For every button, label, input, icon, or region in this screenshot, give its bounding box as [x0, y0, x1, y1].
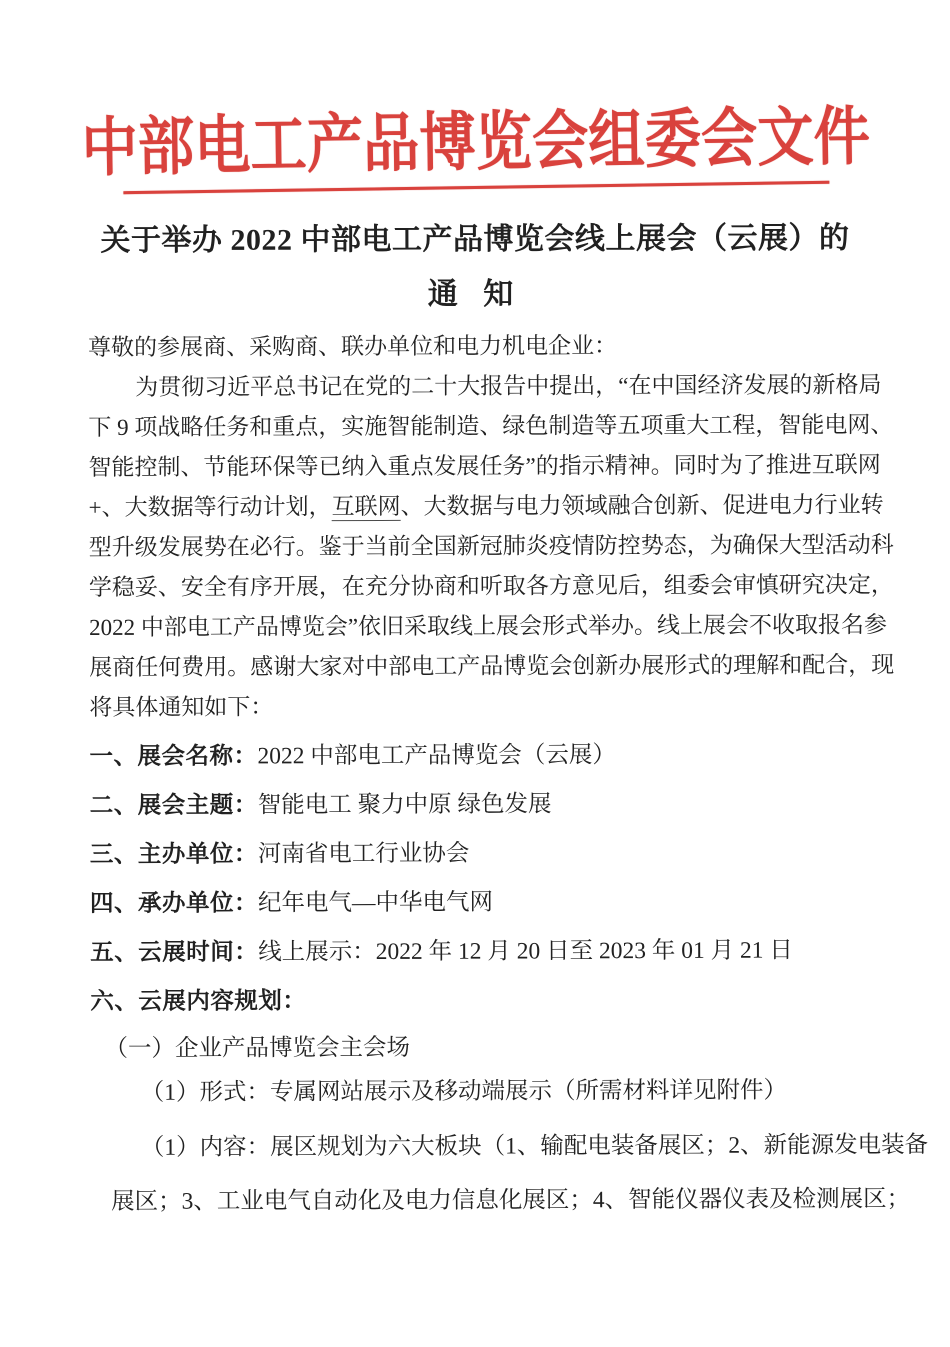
item-label: 四、承办单位：: [90, 890, 258, 917]
paragraph-line: 为贯彻习近平总书记在党的二十大报告中提出，“在中国经济发展的新格局: [88, 365, 880, 408]
item-label: 五、云展时间：: [90, 939, 258, 966]
detail-line-main-venue: （一）企业产品博览会主会场: [90, 1026, 882, 1069]
paragraph-line: 展商任何费用。感谢大家对中部电工产品博览会创新办展形式的理解和配合，现: [89, 645, 881, 688]
notice-subtitle: 通 知: [0, 277, 950, 313]
paragraph-line: 2022 中部电工产品博览会”依旧采取线上展会形式举办。线上展会不收取报名参: [89, 605, 881, 648]
list-item-exhibition-theme: 二、展会主题：智能电工 聚力中原 绿色发展: [90, 782, 882, 826]
detail-line-format: （1）形式：专属网站展示及移动端展示（所需材料详见附件）: [91, 1070, 883, 1113]
list-item-cloud-expo-time: 五、云展时间：线上展示：2022 年 12 月 20 日至 2023 年 01 …: [90, 929, 882, 973]
notice-body: 尊敬的参展商、采购商、联办单位和电力机电企业： 为贯彻习近平总书记在党的二十大报…: [88, 325, 883, 1222]
list-item-cloud-expo-plan: 六、云展内容规划：: [90, 978, 882, 1022]
underlined-text: 互联网: [332, 494, 401, 521]
item-value: 智能电工 聚力中原 绿色发展: [258, 791, 552, 818]
detail-line-content: （1）内容：展区规划为六大板块（1、输配电装备展区；2、新能源发电装备: [91, 1125, 883, 1168]
paragraph-line: 将具体通知如下：: [89, 685, 881, 728]
detail-line-content-continued: 展区；3、工业电气自动化及电力信息化展区；4、智能仪器仪表及检测展区；: [91, 1179, 883, 1222]
letterhead-title: 中部电工产品博览会组委会文件: [81, 102, 870, 183]
paragraph-segment: +、大数据等行动计划，: [89, 494, 332, 520]
paragraph-segment: 、大数据与电力领域融合创新、促进电力行业转: [401, 492, 884, 519]
paragraph-line: 型升级发展势在必行。鉴于当前全国新冠肺炎疫情防控势态，为确保大型活动科: [89, 525, 881, 568]
item-label: 二、展会主题：: [90, 792, 258, 819]
item-label: 三、主办单位：: [90, 841, 258, 868]
item-value: 线上展示：2022 年 12 月 20 日至 2023 年 01 月 21 日: [258, 938, 793, 966]
letterhead-rule: [123, 181, 829, 194]
paragraph-line: 下 9 项战略任务和重点，实施智能制造、绿色制造等五项重大工程，智能电网、: [88, 405, 880, 448]
list-item-host-unit: 三、主办单位：河南省电工行业协会: [90, 831, 882, 875]
notice-title: 关于举办 2022 中部电工产品博览会线上展会（云展）的: [0, 220, 950, 259]
item-value: 2022 中部电工产品博览会（云展）: [257, 742, 615, 769]
item-value: 河南省电工行业协会: [258, 841, 470, 868]
salutation-line: 尊敬的参展商、采购商、联办单位和电力机电企业：: [88, 325, 880, 368]
item-label: 一、展会名称：: [89, 743, 257, 770]
item-label: 六、云展内容规划：: [90, 987, 306, 1014]
paragraph-line: 智能控制、节能环保等已纳入重点发展任务”的指示精神。同时为了推进互联网: [88, 445, 880, 488]
paragraph-line: 学稳妥、安全有序开展，在充分协商和听取各方意见后，组委会审慎研究决定，: [89, 565, 881, 608]
item-value: 纪年电气—中华电气网: [258, 890, 493, 917]
document-page: 中部电工产品博览会组委会文件 关于举办 2022 中部电工产品博览会线上展会（云…: [0, 0, 950, 1347]
letterhead: 中部电工产品博览会组委会文件: [0, 0, 950, 196]
list-item-organizer-unit: 四、承办单位：纪年电气—中华电气网: [90, 880, 882, 924]
paragraph-line: +、大数据等行动计划，互联网、大数据与电力领域融合创新、促进电力行业转: [89, 485, 881, 528]
list-item-exhibition-name: 一、展会名称：2022 中部电工产品博览会（云展）: [89, 733, 881, 777]
